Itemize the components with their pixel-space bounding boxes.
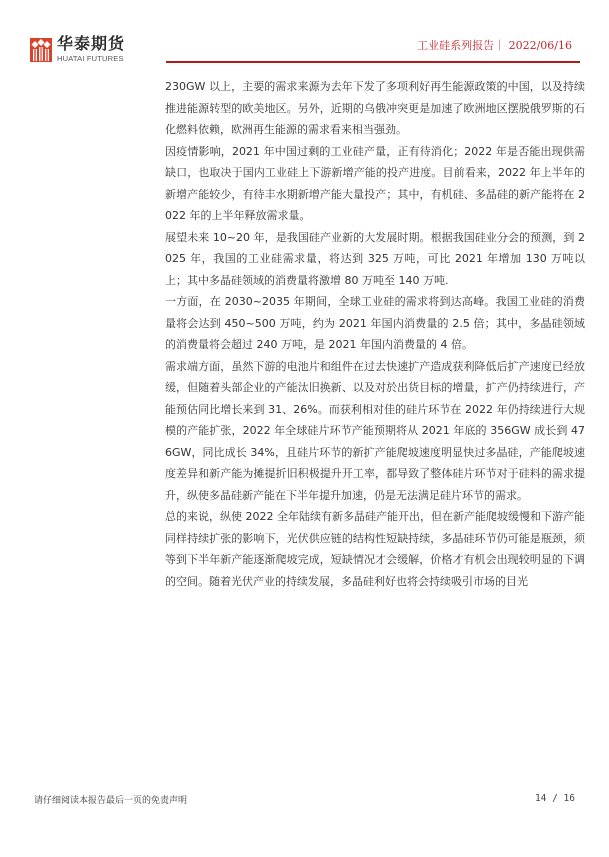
report-body: 230GW 以上，主要的需求来源为去年下发了多项利好再生能源政策的中国，以及持续… — [165, 76, 585, 592]
paragraph-demand-side: 需求端方面，虽然下游的电池片和组件在过去快速扩产造成获利降低后扩产速度已经放缓，… — [165, 356, 585, 507]
paragraph-demand-sources: 230GW 以上，主要的需求来源为去年下发了多项利好再生能源政策的中国，以及持续… — [165, 76, 585, 141]
logo-name-en: HUATAI FUTURES — [57, 54, 125, 64]
paragraph-pandemic-impact: 因疫情影响，2021 年中国过剩的工业硅产量，正有待消化；2022 年是否能出现… — [165, 141, 585, 227]
paragraph-summary: 总的来说，纵使 2022 全年陆续有新多晶硅产能开出，但在新产能爬坡缓慢和下游产… — [165, 506, 585, 592]
paragraph-outlook: 展望未来 10~20 年，是我国硅产业新的大发展时期。根据我国硅业分会的预测，到… — [165, 227, 585, 292]
footer-disclaimer: 请仔细阅读本报告最后一页的免责声明 — [34, 793, 187, 806]
logo-name-cn: 华泰期货 — [57, 35, 125, 53]
report-title: 工业硅系列报告｜ 2022/06/16 — [417, 37, 572, 53]
header-divider — [166, 61, 580, 63]
huatai-logo-icon — [30, 38, 52, 62]
paragraph-peak-demand: 一方面，在 2030~2035 年期间，全球工业硅的需求将到达高峰。我国工业硅的… — [165, 291, 585, 356]
company-logo: 华泰期货 HUATAI FUTURES — [30, 35, 125, 64]
page-indicator: 14 / 16 — [535, 793, 575, 804]
